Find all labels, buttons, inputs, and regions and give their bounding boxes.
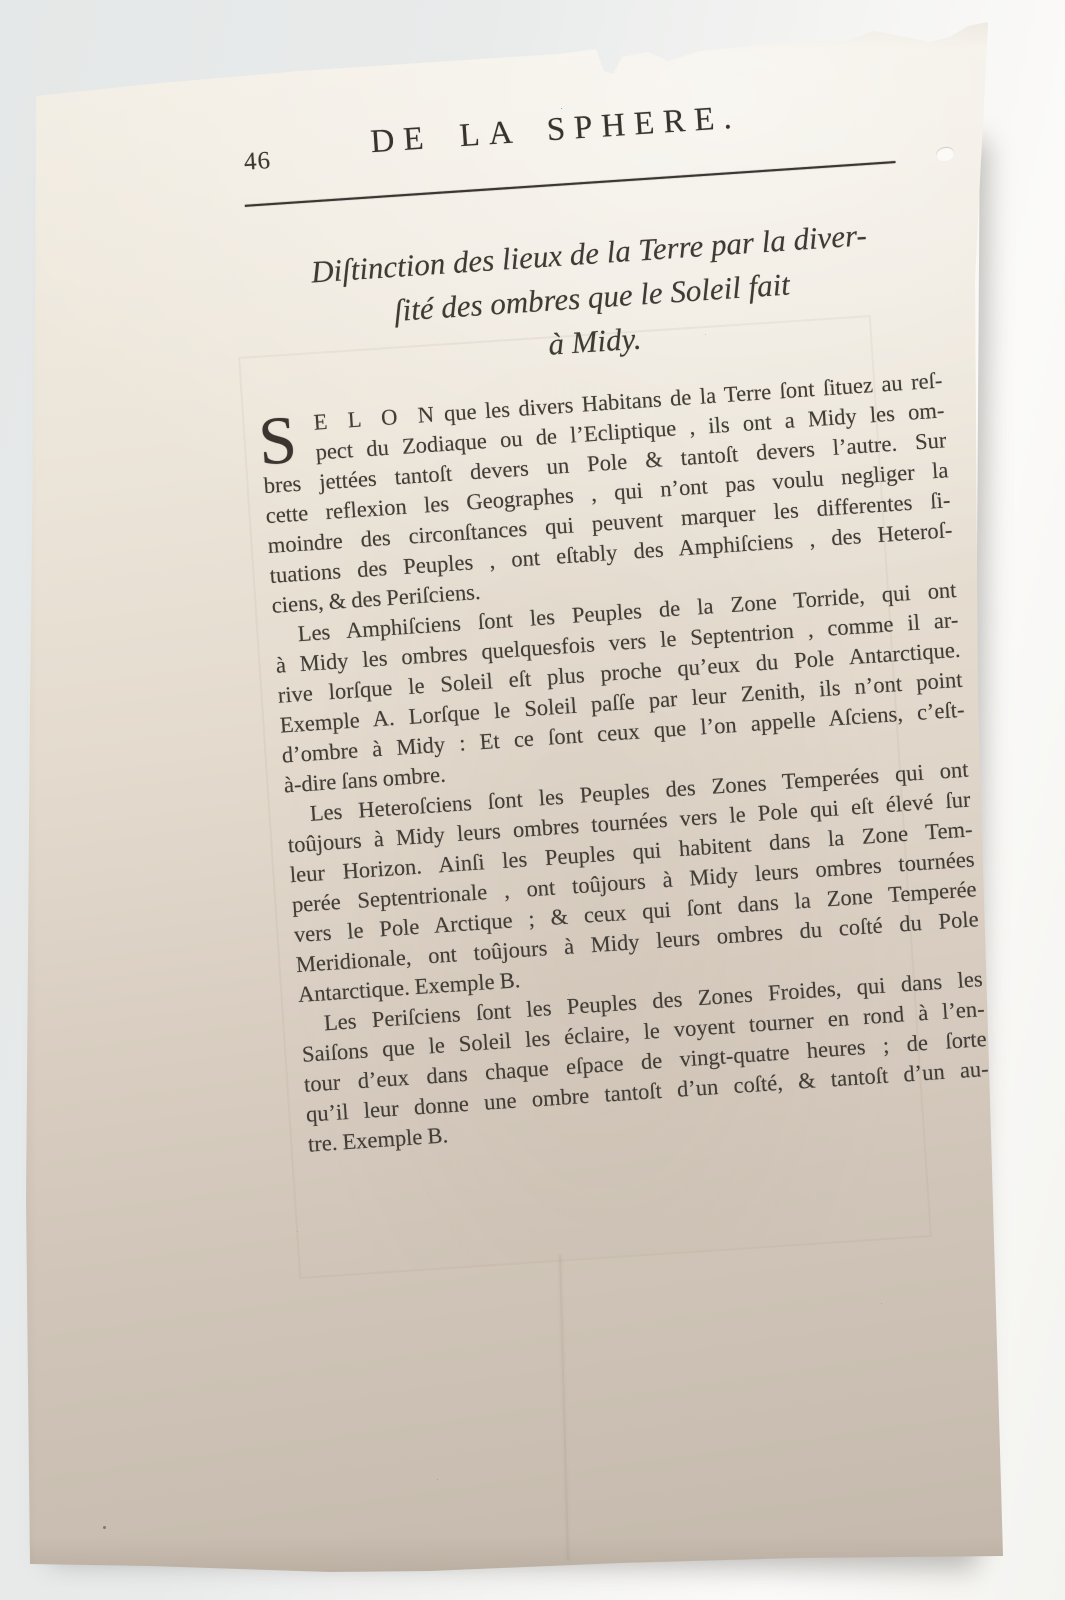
body-text: S E L O Nque les divers Habitans de la T…: [259, 365, 992, 1159]
drop-cap: S: [257, 410, 299, 470]
paper-speckles: [0, 0, 3, 3]
page-content: 46 DE LA SPHERE. Diſtinction des lieux d…: [240, 87, 998, 1160]
section-heading: Diſtinction des lieux de la Terre par la…: [248, 209, 935, 386]
book-page: 46 DE LA SPHERE. Diſtinction des lieux d…: [0, 0, 1065, 1600]
